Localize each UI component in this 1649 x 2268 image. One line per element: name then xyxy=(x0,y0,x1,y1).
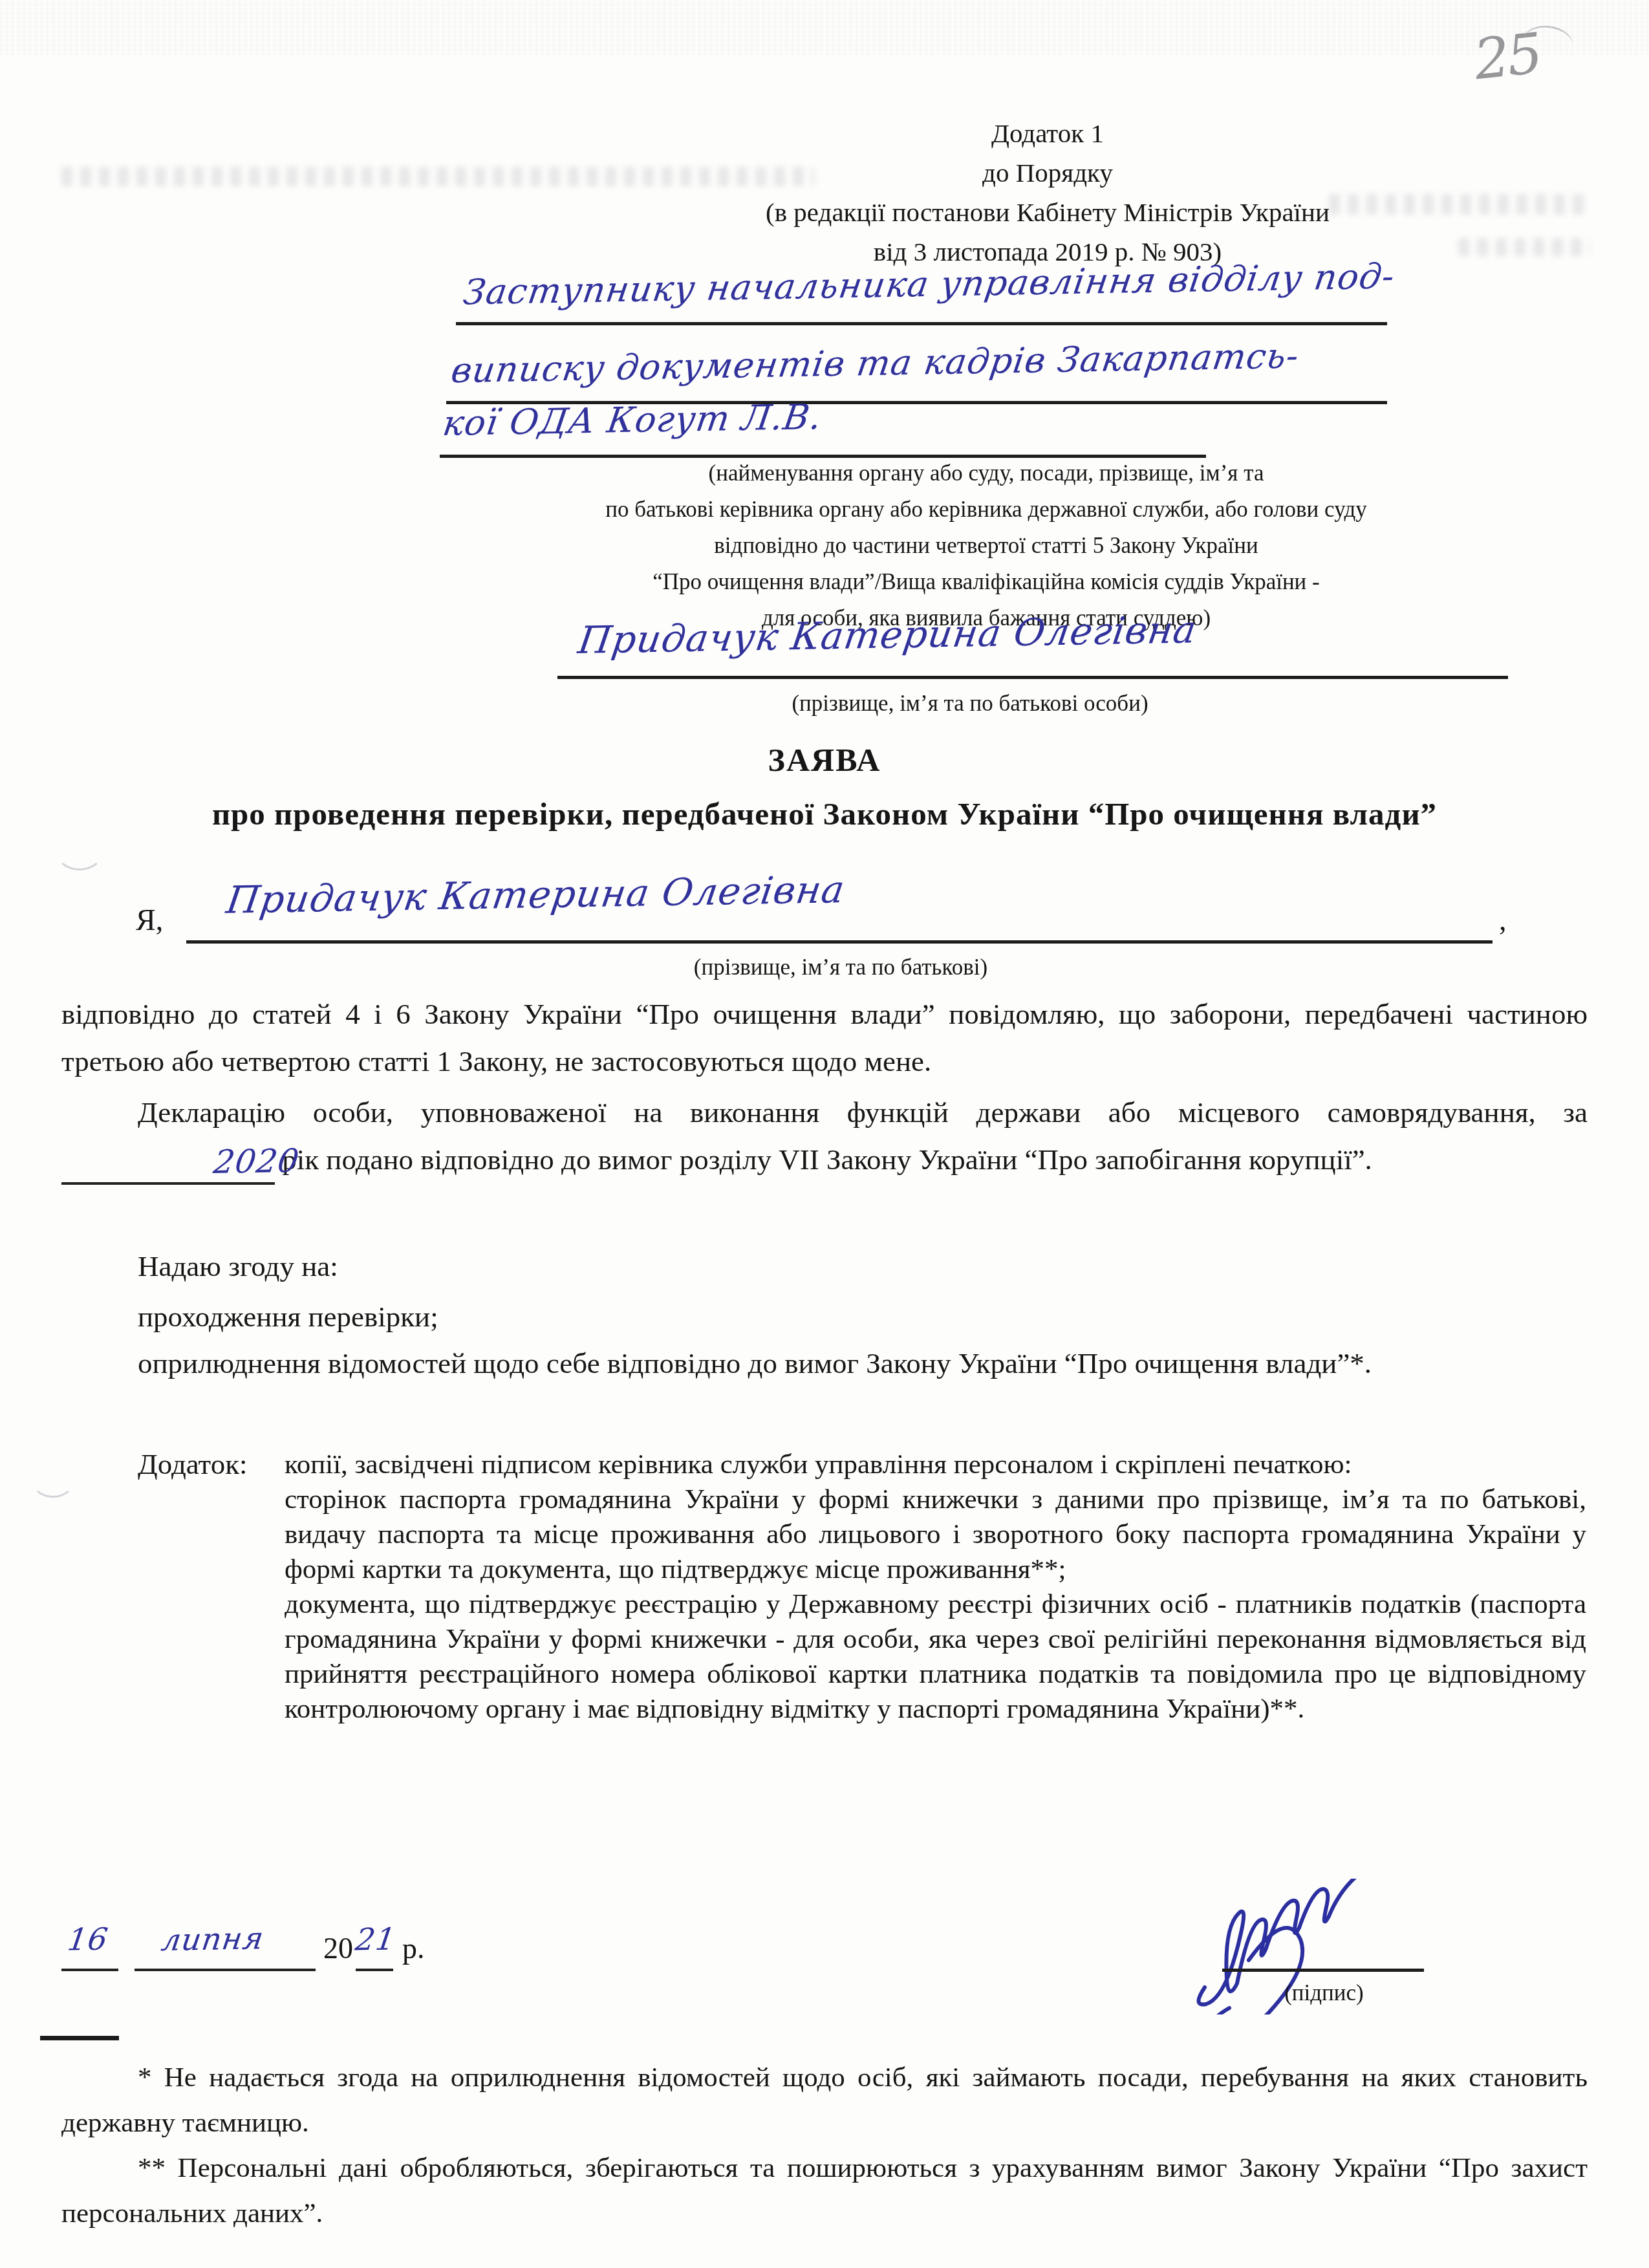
applicant-name-handwriting: Придачук Катерина Олегівна xyxy=(554,607,1200,662)
date-month-handwriting: липня xyxy=(132,1921,266,1958)
addressee-blank-line: виписку документів та кадрів Закарпатсь- xyxy=(446,343,1387,404)
paragraph-lustration: відповідно до статей 4 і 6 Закону Україн… xyxy=(61,991,1588,1085)
appendix-header-line: до Порядку xyxy=(556,153,1539,193)
i-label: Я, xyxy=(136,903,163,937)
year-blank-field: 2020 xyxy=(61,1146,275,1185)
consent-item: оприлюднення відомостей щодо себе відпов… xyxy=(61,1340,1588,1387)
scanned-application-page: 25 Додаток 1 до Порядку (в редакції пост… xyxy=(0,0,1649,2268)
addressee-caption-line: по батькові керівника органу або керівни… xyxy=(372,491,1600,528)
footnote: * Не надається згода на оприлюднення від… xyxy=(61,2055,1588,2146)
date-century-label: 20 xyxy=(323,1931,353,1965)
date-year-field: 21 xyxy=(356,1922,393,1971)
statement-subtitle: про проведення перевірки, передбаченої З… xyxy=(61,795,1588,832)
date-month-field: липня xyxy=(135,1922,316,1971)
date-year-handwriting: 21 xyxy=(353,1921,398,1958)
addressee-handwriting: виписку документів та кадрів Закарпатсь- xyxy=(442,336,1302,391)
addressee-blank-line: кої ОДА Когут Л.В. xyxy=(440,400,1206,458)
date-day-field: 16 xyxy=(61,1922,118,1971)
footnote: ** Персональні дані обробляються, зберіг… xyxy=(61,2146,1588,2236)
attachment-intro: копії, засвідчені підписом керівника слу… xyxy=(285,1447,1586,1482)
attachment-body: копії, засвідчені підписом керівника слу… xyxy=(285,1447,1586,1727)
name-blank-line: Придачук Катерина Олегівна xyxy=(186,873,1493,944)
paragraph-declaration-before: Декларацію особи, уповноваженої на викон… xyxy=(138,1096,1588,1129)
addressee-handwriting: кої ОДА Когут Л.В. xyxy=(436,396,824,444)
attachment-item: сторінок паспорта громадянина України у … xyxy=(285,1482,1586,1587)
appendix-header-line: Додаток 1 xyxy=(556,114,1539,153)
trailing-comma: , xyxy=(1499,903,1507,937)
signature-underline xyxy=(1222,1969,1424,1972)
pen-arc-mark xyxy=(55,829,104,870)
paragraph-declaration-after: рік подано відповідно до вимог розділу V… xyxy=(282,1143,1372,1176)
statement-title: ЗАЯВА xyxy=(61,741,1588,779)
pen-arc-mark xyxy=(31,1460,75,1498)
addressee-caption-line: (найменування органу або суду, посади, п… xyxy=(372,455,1600,491)
addressee-caption-line: “Про очищення влади”/Вища кваліфікаційна… xyxy=(372,564,1600,600)
addressee-handwriting: Заступнику начальника управління відділу… xyxy=(452,255,1397,312)
paragraph-declaration: Декларацію особи, уповноваженої на викон… xyxy=(61,1089,1588,1185)
addressee-blank-line: Заступнику начальника управління відділу… xyxy=(456,264,1387,325)
appendix-header-line: (в редакції постанови Кабінету Міністрів… xyxy=(556,193,1539,232)
attachment-item: документа, що підтверджує реєстрацію у Д… xyxy=(285,1587,1586,1727)
consent-intro: Надаю згоду на: xyxy=(138,1243,338,1290)
consent-item: проходження перевірки; xyxy=(138,1293,438,1341)
year-handwriting: 2020 xyxy=(135,1145,301,1180)
appendix-header: Додаток 1 до Порядку (в редакції постано… xyxy=(556,114,1539,272)
footnote-separator xyxy=(40,2036,119,2040)
signature-caption: (підпис) xyxy=(1251,1975,1397,2011)
attachment-label: Додаток: xyxy=(138,1447,248,1481)
addressee-caption: (найменування органу або суду, посади, п… xyxy=(372,455,1600,636)
name-caption: (прізвище, ім’я та по батькові) xyxy=(453,949,1229,986)
applicant-name-blank: Придачук Катерина Олегівна xyxy=(557,613,1508,679)
date-r-label: р. xyxy=(402,1931,425,1965)
addressee-caption-line: відповідно до частини четвертої статті 5… xyxy=(372,528,1600,564)
name-handwriting: Придачук Катерина Олегівна xyxy=(182,867,848,923)
applicant-name-caption: (прізвище, ім’я та по батькові особи) xyxy=(582,686,1358,722)
scan-noise-band xyxy=(0,0,1649,55)
date-day-handwriting: 16 xyxy=(59,1921,111,1958)
